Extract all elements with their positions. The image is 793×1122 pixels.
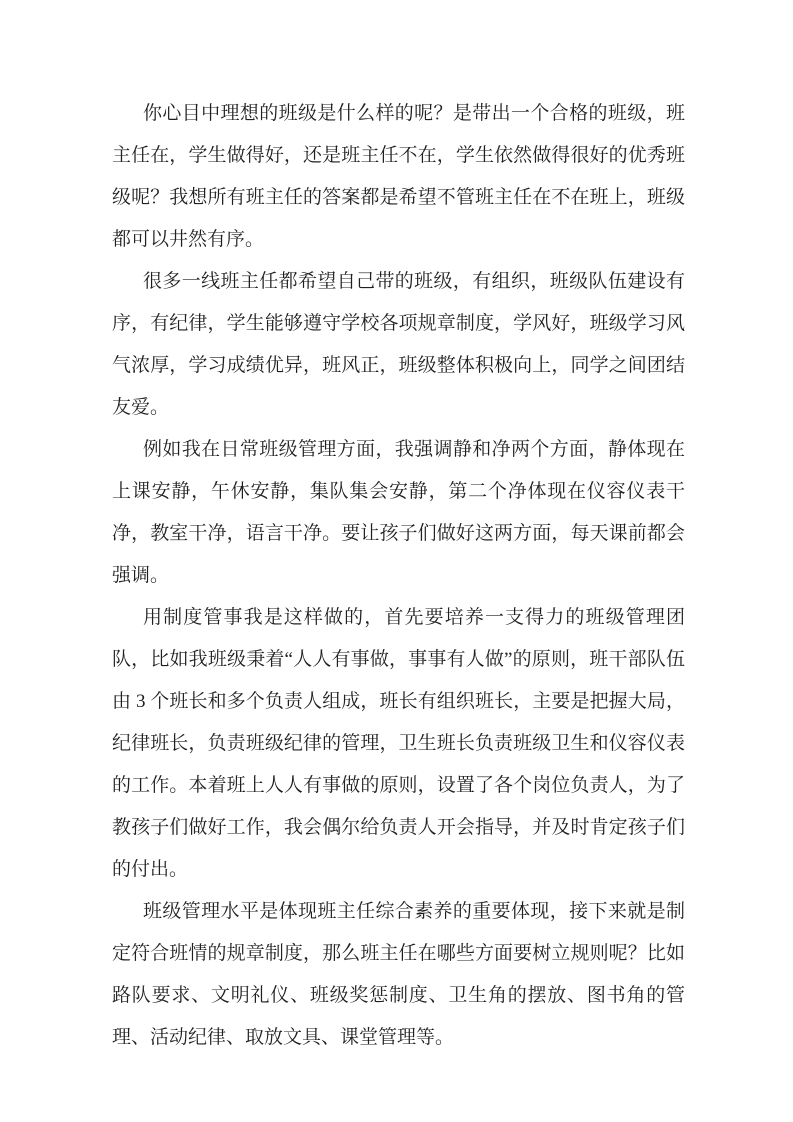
paragraph-teacher-hopes: 很多一线班主任都希望自己带的班级，有组织，班级队伍建设有序，有纪律，学生能够遵守… — [112, 261, 685, 429]
paragraph-ideal-class: 你心目中理想的班级是什么样的呢？是带出一个合格的班级，班主任在，学生做得好，还是… — [112, 93, 685, 261]
paragraph-rules-areas: 班级管理水平是体现班主任综合素养的重要体现，接下来就是制定符合班情的规章制度，那… — [112, 891, 685, 1059]
document-page: 你心目中理想的班级是什么样的呢？是带出一个合格的班级，班主任在，学生做得好，还是… — [0, 0, 793, 1122]
paragraph-quiet-clean: 例如我在日常班级管理方面，我强调静和净两个方面，静体现在上课安静，午休安静，集队… — [112, 429, 685, 597]
paragraph-management-team: 用制度管事我是这样做的，首先要培养一支得力的班级管理团队，比如我班级秉着“人人有… — [112, 597, 685, 891]
